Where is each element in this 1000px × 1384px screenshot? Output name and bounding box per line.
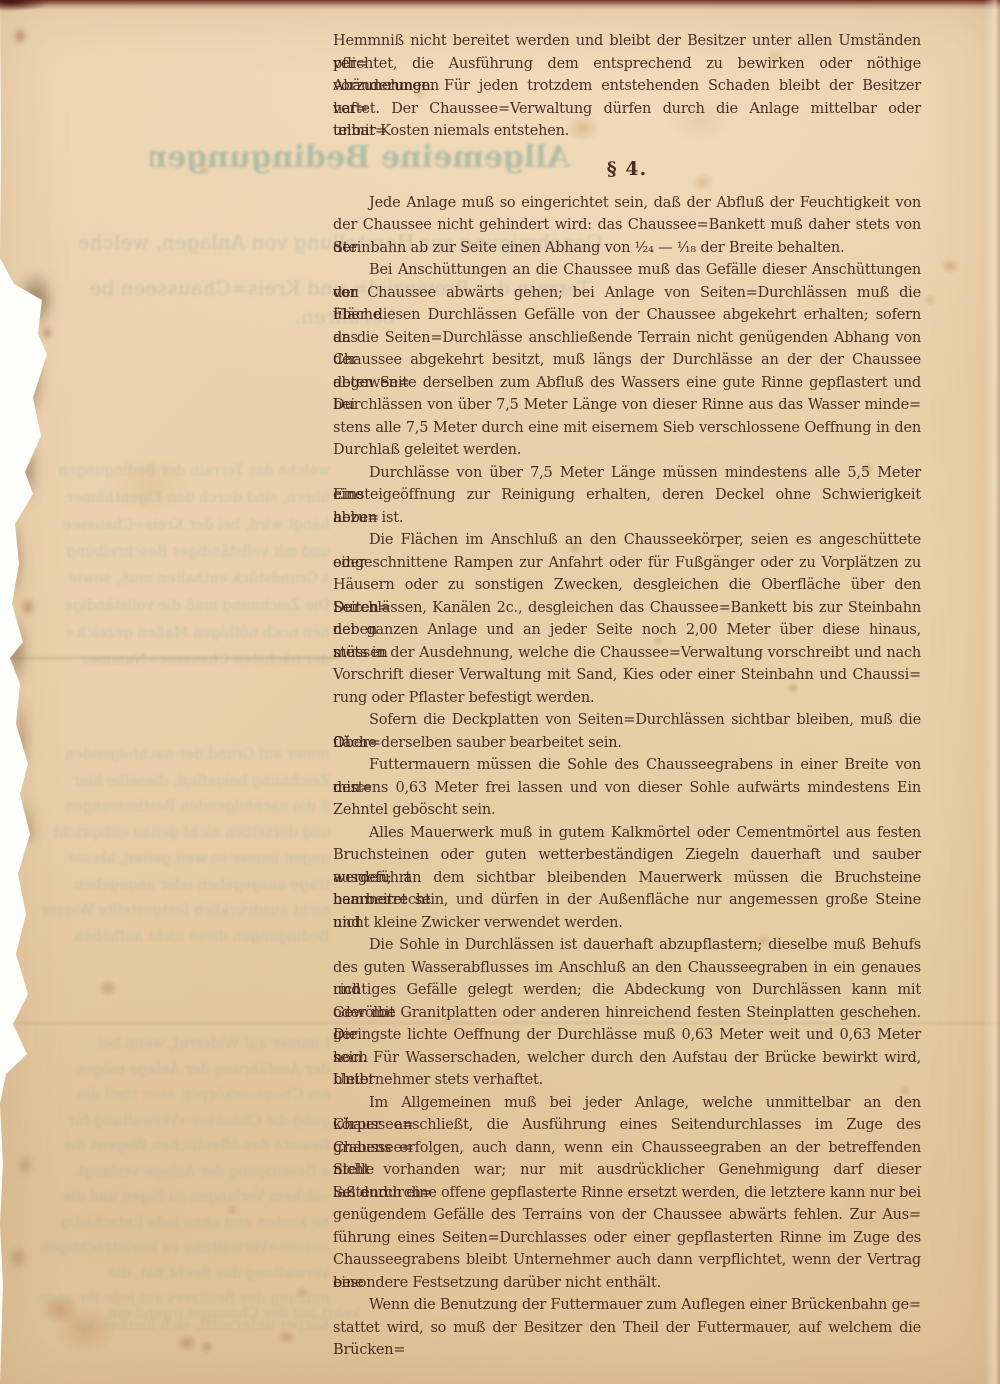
text-line: über diesen Durchlässen Gefälle von der … [333, 304, 921, 327]
paragraph: Jede Anlage muß so eingerichtet sein, da… [333, 192, 921, 260]
showthrough-line: hängt wird, bei der Kreis=Chaussee [0, 512, 330, 539]
paragraph: Hemmniß nicht bereitet werden und bleibt… [333, 30, 921, 143]
text-line: rung oder Pflaster befestigt werden. [333, 687, 921, 710]
showthrough-line: und mit vollständiger Beschreibung [0, 539, 330, 566]
section-heading: § 4. [333, 156, 921, 182]
text-line: Durchlässe von über 7,5 Meter Länge müss… [333, 462, 921, 485]
text-line: pflichtet, die Ausführung dem entspreche… [333, 53, 921, 76]
paper-crease [0, 657, 340, 659]
showthrough-text: mmer auf Grund der nachfolgendenZeichnun… [0, 742, 330, 950]
text-line: führung eines Seiten=Durchlasses oder ei… [333, 1227, 921, 1250]
text-line: werden; an dem sichtbar bleibenden Mauer… [333, 867, 921, 890]
text-line: telbar Kosten niemals entstehen. [333, 120, 921, 143]
showthrough-line: Bedingungen diese nicht aufheben [0, 924, 330, 950]
page-top-edge [0, 0, 1000, 10]
paragraph: Alles Mauerwerk muß in gutem Kalkmörtel … [333, 822, 921, 935]
showthrough-line: welche das Terrain der Bedingungen [0, 458, 330, 485]
text-line: Steinbahn ab zur Seite einen Abhang von … [333, 237, 921, 260]
text-line: der ganzen Anlage und an jeder Seite noc… [333, 619, 921, 642]
text-line: grabens erfolgen, auch dann, wenn ein Ch… [333, 1137, 921, 1160]
showthrough-line: Zeichnung beigefügt, dieselbe hier [0, 768, 330, 794]
showthrough-text: kehrt auf der Chaussee irgend ein [20, 1302, 360, 1326]
text-line: Die Flächen im Anschluß an den Chausseek… [333, 529, 921, 552]
text-line: Zehntel geböscht sein. [333, 799, 921, 822]
text-line: Bruchsteinen oder guten wetterbeständige… [333, 844, 921, 867]
text-line: heben ist. [333, 507, 921, 530]
text-line: Jede Anlage muß so eingerichtet sein, da… [333, 192, 921, 215]
showthrough-line: mmer auf Grund der nachfolgenden [0, 742, 330, 768]
showthrough-line: Die Zeichnung muß die vollständige [0, 593, 330, 620]
text-line: deten Seite derselben zum Abfluß des Was… [333, 372, 921, 395]
text-line: des guten Wasserabflusses im Anschluß an… [333, 957, 921, 980]
paragraph: Wenn die Benutzung der Futtermauer zum A… [333, 1294, 921, 1339]
showthrough-line: trage ausgegeben oder angegeben [0, 872, 330, 898]
showthrough-line: solchem Verlangen zu fügen und die [0, 1185, 330, 1211]
text-line: nicht vorhanden war; nur mit ausdrücklic… [333, 1159, 921, 1182]
text-line: richtiges Gefälle gelegt werden; die Abd… [333, 979, 921, 1002]
text-line: Häusern oder zu sonstigen Zwecken, desgl… [333, 574, 921, 597]
showthrough-text: t immer auf Widerruf, wenn beider Ausfüh… [0, 1032, 330, 1338]
text-line: fläche derselben sauber bearbeitet sein. [333, 732, 921, 755]
text-line: Alles Mauerwerk muß in gutem Kalkmörtel … [333, 822, 921, 845]
text-line: Vorschrift dieser Verwaltung mit Sand, K… [333, 664, 921, 687]
document-page: Allgemeine BedingungenGenehmigung zur He… [0, 0, 1000, 1384]
showthrough-line: t immer auf Widerruf, wenn bei [0, 1032, 330, 1058]
showthrough-line: nen noch nöthigen Maßen gezeich= [0, 620, 330, 647]
text-line: destens 0,63 Meter frei lassen und von d… [333, 777, 921, 800]
showthrough-line: Beamte des öffentlichen Wegens die [0, 1134, 330, 1160]
showthrough-line: ühren, sind durch den Eigenthümer [0, 485, 330, 512]
edge-spots [0, 0, 60, 1384]
showthrough-line: s Grundstück enthalten muß, sowie [0, 566, 330, 593]
showthrough-line: der Ausführung der Anlage mögen [0, 1058, 330, 1084]
text-line: Chaussee abgekehrt besitzt, muß längs de… [333, 349, 921, 372]
text-line: körper anschließt, die Ausführung eines … [333, 1114, 921, 1137]
text-line: besondere Festsetzung darüber nicht enth… [333, 1272, 921, 1295]
text-line: Wenn die Benutzung der Futtermauer zum A… [333, 1294, 921, 1317]
text-line: Im Allgemeinen muß bei jeder Anlage, wel… [333, 1092, 921, 1115]
paragraph: Die Flächen im Anschluß an den Chausseek… [333, 529, 921, 709]
text-line: Bei Anschüttungen an die Chaussee muß da… [333, 259, 921, 282]
showthrough-line: Körper unterwirft, sich hierbei der [0, 1313, 330, 1339]
text-line: Chausseegrabens bleibt Unternehmer auch … [333, 1249, 921, 1272]
page-right-edge [984, 0, 1000, 1384]
text-line: Futtermauern müssen die Sohle des Chauss… [333, 754, 921, 777]
torn-edge-shading [0, 260, 100, 1100]
showthrough-line: ne Kosten und ohne jede Entschädig [0, 1211, 330, 1237]
showthrough-line: kehrt auf der Chaussee irgend ein [20, 1302, 360, 1326]
showthrough-text: welche das Terrain der Bedingungenühren,… [0, 458, 330, 674]
text-line: nicht kleine Zwicker verwendet werden. [333, 912, 921, 935]
paragraph: Futtermauern müssen die Sohle des Chauss… [333, 754, 921, 822]
text-line: bearbeitet sein, und dürfen in der Außen… [333, 889, 921, 912]
text-line: Die Sohle in Durchlässen ist dauerhaft a… [333, 934, 921, 957]
paragraph: Sofern die Deckplatten von Seiten=Durchl… [333, 709, 921, 754]
showthrough-line: ß die nachfolgenden Bestimmungen [0, 794, 330, 820]
text-line: eingeschnittene Rampen zur Anfahrt oder … [333, 552, 921, 575]
text-line: an die Seiten=Durchlässe anschließende T… [333, 327, 921, 350]
text-line: der Chaussee nicht gehindert wird: das C… [333, 214, 921, 237]
text-column: Hemmniß nicht bereitet werden und bleibt… [333, 30, 921, 1339]
text-line: genügendem Gefälle des Terrains von der … [333, 1204, 921, 1227]
text-line: Durchlässen, Kanälen 2c., desgleichen da… [333, 597, 921, 620]
showthrough-line: e Beseitigung der Anlage verlangt. [0, 1160, 330, 1186]
showthrough-line: nicht ausdrücklich festgestellte Wasser [0, 898, 330, 924]
text-line: Einsteigeöffnung zur Reinigung erhalten,… [333, 484, 921, 507]
showthrough-line: aussee=Verwaltung zu beeinträchtigen [0, 1236, 330, 1262]
showthrough-line: gung die Chaussee=Verwaltung für [0, 1109, 330, 1135]
text-line: Durchlaß geleitet werden. [333, 439, 921, 462]
showthrough-line: Verwaltung das Recht hat, die [0, 1262, 330, 1288]
text-line: stets in der Ausdehnung, welche die Chau… [333, 642, 921, 665]
text-line: Sofern die Deckplatten von Seiten=Durchl… [333, 709, 921, 732]
page-top-edge-corner [0, 0, 70, 14]
showthrough-line: der nächsten Chaussee=Nummer [0, 647, 330, 674]
paragraph: Durchlässe von über 7,5 Meter Länge müss… [333, 462, 921, 530]
paragraph: Bei Anschüttungen an die Chaussee muß da… [333, 259, 921, 462]
text-line: der Chaussee abwärts gehen; bei Anlage v… [333, 282, 921, 305]
showthrough-line: nutzung des Besitzers auf jede ihr ange [0, 1287, 330, 1313]
text-line: laß durch eine offene gepflasterte Rinne… [333, 1182, 921, 1205]
text-line: stens alle 7,5 Meter durch eine mit eise… [333, 417, 921, 440]
showthrough-line: am Chausseekörper, aber theil die [0, 1083, 330, 1109]
text-line: stattet wird, so muß der Besitzer den Th… [333, 1317, 921, 1340]
text-line: geringste lichte Oeffnung der Durchlässe… [333, 1024, 921, 1047]
text-line: oder mit Granitplatten oder anderen hinr… [333, 1002, 921, 1025]
paragraph: Die Sohle in Durchlässen ist dauerhaft a… [333, 934, 921, 1092]
text-line: vorzunehmen. Für jeden trotzdem entstehe… [333, 75, 921, 98]
text-line: Hemmniß nicht bereitet werden und bleibt… [333, 30, 921, 53]
paragraph: Im Allgemeinen muß bei jeder Anlage, wel… [333, 1092, 921, 1295]
text-line: sein. Für Wasserschaden, welcher durch d… [333, 1047, 921, 1070]
text-line: Unternehmer stets verhaftet. [333, 1069, 921, 1092]
showthrough-line: ung derselben nicht genau entspricht [0, 820, 330, 846]
showthrough-line: ungen immer so weit gelten, als sie [0, 846, 330, 872]
text-line: haftet. Der Chaussee=Verwaltung dürfen d… [333, 98, 921, 121]
text-line: Durchlässen von über 7,5 Meter Länge von… [333, 394, 921, 417]
